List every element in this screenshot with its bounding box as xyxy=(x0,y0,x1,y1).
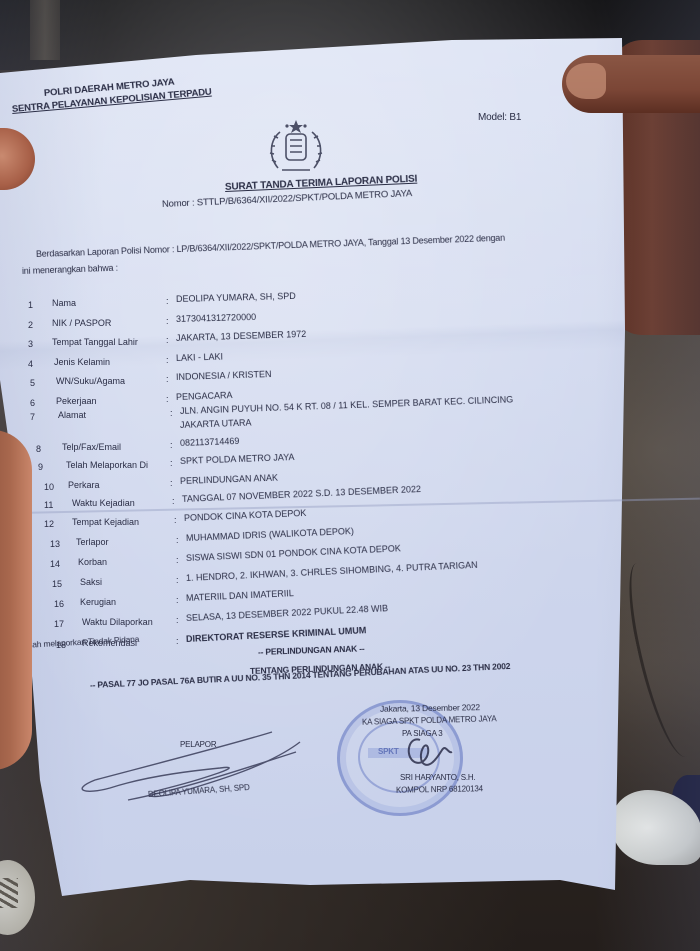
field-label: Tempat Kejadian xyxy=(72,517,139,527)
field-colon: : xyxy=(166,296,169,306)
field-number: 13 xyxy=(50,539,60,549)
field-number: 10 xyxy=(44,482,54,492)
field-label: Pekerjaan xyxy=(56,396,97,406)
field-colon: : xyxy=(170,440,173,450)
officer-unit: PA SIAGA 3 xyxy=(402,729,443,738)
field-number: 14 xyxy=(50,559,60,569)
thumbnail xyxy=(566,63,606,99)
field-colon: : xyxy=(166,355,169,365)
field-value: PENGACARA xyxy=(176,390,233,402)
field-colon: : xyxy=(166,374,169,384)
field-colon: : xyxy=(166,394,169,404)
field-colon: : xyxy=(176,535,179,545)
field-value: LAKI - LAKI xyxy=(176,352,223,363)
field-label: Terlapor xyxy=(76,537,109,547)
field-number: 4 xyxy=(28,359,33,369)
field-label: Telah Melaporkan Di xyxy=(66,460,148,470)
field-colon: : xyxy=(166,335,169,345)
field-number: 11 xyxy=(44,500,53,510)
field-number: 6 xyxy=(30,398,35,408)
field-label: Nama xyxy=(52,298,76,308)
reporter-role: PELAPOR xyxy=(180,740,216,749)
field-label: WN/Suku/Agama xyxy=(56,376,125,386)
field-label: Korban xyxy=(78,557,107,567)
field-number: 12 xyxy=(44,519,54,529)
officer-name: SRI HARYANTO, S.H. xyxy=(400,773,476,782)
field-colon: : xyxy=(176,575,179,585)
field-number: 2 xyxy=(28,320,33,330)
field-label: Waktu Kejadian xyxy=(72,498,135,508)
field-value: 3173041312720000 xyxy=(176,312,256,324)
field-colon: : xyxy=(170,458,173,468)
stamp-text: SPKT xyxy=(378,747,399,756)
officer-rank-nrp: KOMPOL NRP 68120134 xyxy=(396,784,483,795)
field-colon: : xyxy=(172,496,175,506)
field-number: 16 xyxy=(54,599,64,609)
field-label: Saksi xyxy=(80,577,102,587)
field-number: 15 xyxy=(52,579,62,589)
field-number: 8 xyxy=(36,444,41,454)
officer-place-date: Jakarta, 13 Desember 2022 xyxy=(380,702,480,714)
field-number: 17 xyxy=(54,619,64,629)
field-colon: : xyxy=(170,408,173,418)
field-colon: : xyxy=(176,636,179,646)
field-label: Kerugian xyxy=(80,597,116,607)
field-colon: : xyxy=(176,595,179,605)
field-number: 1 xyxy=(28,300,33,310)
field-colon: : xyxy=(166,316,169,326)
field-colon: : xyxy=(170,478,173,488)
field-colon: : xyxy=(176,555,179,565)
paper-shading xyxy=(0,0,700,951)
field-label: Telp/Fax/Email xyxy=(62,442,121,452)
field-label: Waktu Dilaporkan xyxy=(82,617,153,627)
field-label: NIK / PASPOR xyxy=(52,318,111,328)
field-label: Tempat Tanggal Lahir xyxy=(52,337,138,347)
field-number: 7 xyxy=(30,412,35,422)
field-label: Alamat xyxy=(58,410,86,420)
field-value: 082113714469 xyxy=(180,436,240,448)
field-number: 3 xyxy=(28,339,33,349)
field-number: 9 xyxy=(38,462,43,472)
model-label: Model: B1 xyxy=(478,112,521,123)
police-emblem-icon xyxy=(264,118,328,178)
field-colon: : xyxy=(174,515,177,525)
field-label: Perkara xyxy=(68,480,100,490)
field-number: 5 xyxy=(30,378,35,388)
field-colon: : xyxy=(176,615,179,625)
field-label: Jenis Kelamin xyxy=(54,357,110,367)
left-hand xyxy=(0,430,32,770)
